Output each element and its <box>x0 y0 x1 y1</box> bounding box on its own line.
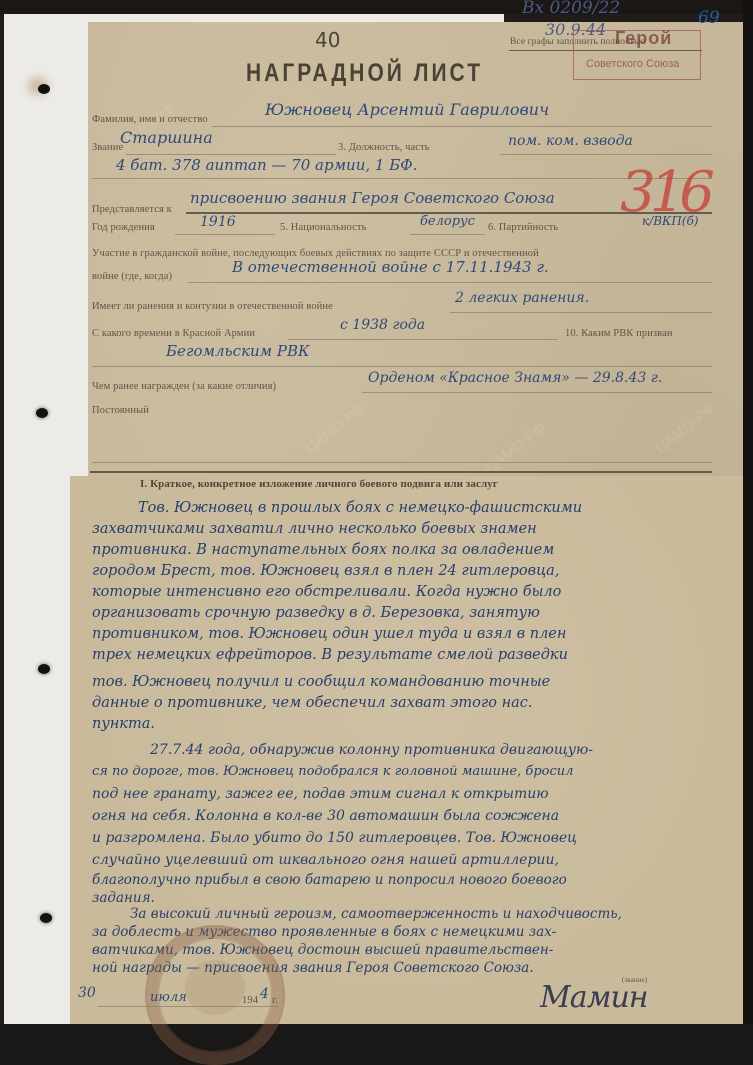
name-rule <box>212 126 712 127</box>
draft-label: 10. Каким РВК призван <box>565 328 673 339</box>
wounds-value: 2 легких ранения. <box>455 290 589 306</box>
punch-hole <box>38 664 50 674</box>
army-since-value: с 1938 года <box>340 317 425 333</box>
feat-line: организовать срочную разведку в д. Берез… <box>92 605 540 621</box>
prev-awards-rule <box>362 392 712 393</box>
footer-year-mark: г. <box>272 995 278 1006</box>
scan-right-border <box>743 0 753 1024</box>
punch-hole <box>38 84 50 94</box>
participation-rule <box>188 282 712 283</box>
address-rule <box>92 462 712 463</box>
footer-month: июля <box>150 990 187 1005</box>
archive-number: Вх 0209/22 <box>522 0 620 18</box>
scanned-page: ЦАМО.РФ ЦАМО.РФ ЦАМО.РФ ЦАМО.РФ Вх 0209/… <box>0 0 753 1024</box>
punch-hole <box>36 408 48 418</box>
address-label: Постоянный <box>92 405 149 416</box>
feat-line: случайно уцелевший от шквального огня на… <box>92 852 559 868</box>
wounds-label: Имеет ли ранения и контузии в отечествен… <box>92 301 333 312</box>
participation-label-line2: войне (где, когда) <box>92 271 172 282</box>
feat-line: 27.7.44 года, обнаружив колонну противни… <box>150 742 593 758</box>
punch-hole <box>40 913 52 923</box>
rank-label: Звание <box>92 142 123 153</box>
footer-year-prefix: 194 <box>242 995 258 1006</box>
footer-year-suffix: 4 <box>260 986 269 1002</box>
commander-signature: Мамин <box>540 980 648 1015</box>
position-rule <box>500 154 712 155</box>
rank-rule <box>126 154 336 155</box>
name-label: Фамилия, имя и отчество <box>92 114 208 125</box>
hero-stamp-line2: Советского Союза <box>586 58 679 70</box>
nationality-label: 5. Национальность <box>280 222 367 233</box>
feat-line: которые интенсивно его обстреливали. Ког… <box>92 584 561 600</box>
name-value: Южновец Арсентий Гаврилович <box>265 100 549 119</box>
feat-line: данные о противнике, чем обеспечил захва… <box>92 695 533 711</box>
army-since-label: С какого времени в Красной Армии <box>92 328 255 339</box>
army-since-rule <box>288 339 558 340</box>
feat-line: захватчиками захватил лично несколько бо… <box>92 521 537 537</box>
birth-year-rule <box>175 234 275 235</box>
feat-line: противником, тов. Южновец один ушел туда… <box>92 626 566 642</box>
participation-value: В отечественной войне с 17.11.1943 г. <box>232 258 549 276</box>
feat-heading: I. Краткое, конкретное изложение личного… <box>140 478 498 490</box>
position-value: пом. ком. взвода <box>508 133 633 149</box>
section-divider <box>90 471 712 473</box>
feat-line: пункта. <box>92 716 155 732</box>
hero-stamp-line1: Герой <box>615 28 672 49</box>
nationality-value: белорус <box>420 214 475 229</box>
sheet-number: 69 <box>698 8 720 28</box>
feat-line: тов. Южновец получил и сообщил командова… <box>92 674 550 690</box>
feat-line: ся по дороге, тов. Южновец подобрался к … <box>92 764 573 779</box>
position-label: 3. Должность, часть <box>338 142 430 153</box>
feat-line: огня на себя. Колонна в кол-ве 30 автома… <box>92 808 559 824</box>
birth-year-value: 1916 <box>200 214 236 230</box>
feat-line: городом Брест, тов. Южновец взял в плен … <box>92 563 559 579</box>
document-title: НАГРАДНОЙ ЛИСТ <box>246 60 483 89</box>
rank-value: Старшина <box>120 128 213 147</box>
draft-value: Бегомльским РВК <box>166 342 310 360</box>
footer-date-rule <box>98 1006 278 1007</box>
prev-awards-label: Чем ранее награжден (за какие отличия) <box>92 381 276 392</box>
pencil-mark: 40 <box>315 28 340 52</box>
footer-day: 30 <box>78 985 96 1001</box>
feat-line: За высокий личный героизм, самоотверженн… <box>130 906 622 922</box>
wounds-rule <box>450 312 712 313</box>
feat-line: благополучно прибыл в свою батарею и поп… <box>92 872 567 888</box>
feat-line: трех немецких ефрейторов. В результате с… <box>92 647 568 663</box>
red-pencil-annotation: 316 <box>620 160 709 225</box>
unit-value: 4 бат. 378 аиптап — 70 армии, 1 БФ. <box>116 156 417 174</box>
unit-rule <box>92 178 712 179</box>
prev-awards-value: Орденом «Красное Знамя» — 29.8.43 г. <box>368 370 662 386</box>
feat-line: и разгромлена. Было убито до 150 гитлеро… <box>92 830 577 846</box>
party-label: 6. Партийность <box>488 222 558 233</box>
feat-line: задания. <box>92 890 155 906</box>
birth-year-label: Год рождения <box>92 222 155 233</box>
feat-line: противника. В наступательных боях полка … <box>92 542 554 558</box>
presented-label: Представляется к <box>92 204 172 215</box>
draft-rule <box>92 366 712 367</box>
presented-value: присвоению звания Героя Советского Союза <box>190 189 555 207</box>
scan-top-border <box>0 0 753 14</box>
feat-line: за доблесть и мужество проявленные в боя… <box>92 924 556 940</box>
feat-line: Тов. Южновец в прошлых боях с немецко-фа… <box>138 500 582 516</box>
nationality-rule <box>410 234 485 235</box>
feat-line: под нее гранату, зажег ее, подав этим си… <box>92 786 549 802</box>
